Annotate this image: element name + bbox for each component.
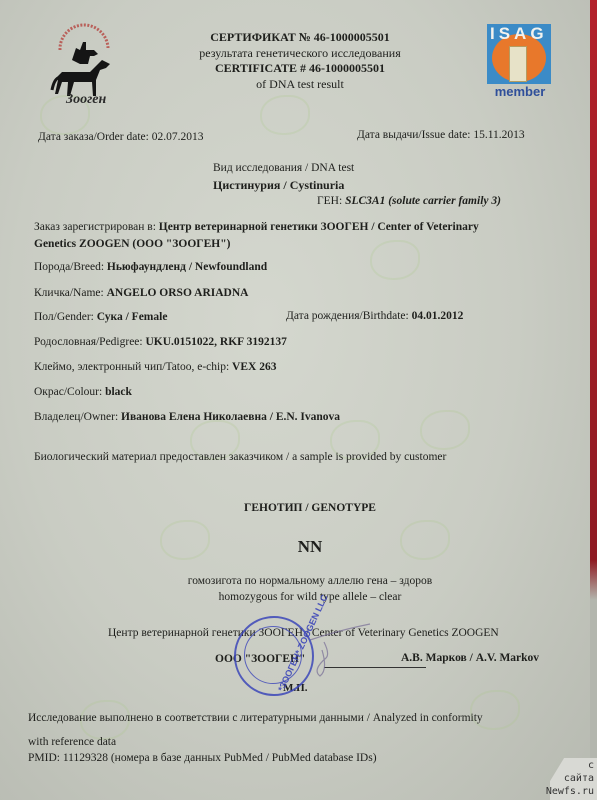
birthdate-value: 04.01.2012 [412, 310, 464, 322]
watermark-ornament [260, 95, 310, 135]
issue-date: Дата выдачи/Issue date: 15.11.2013 [357, 129, 525, 141]
dna-test-label: Вид исследования / DNA test [213, 162, 354, 174]
breed-value: Ньюфаундленд / Newfoundland [107, 261, 267, 273]
chip-value: VEX 263 [232, 361, 276, 373]
isag-logo-box: ISAG [487, 24, 551, 84]
watermark-ornament [370, 240, 420, 280]
certificate-title-en: CERTIFICATE # 46-1000005501 [170, 61, 430, 76]
chip-label: Клеймо, электронный чип/Tatoo, e-chip: [34, 361, 229, 373]
document-icon [509, 46, 527, 82]
conformity-line2: with reference data [28, 736, 116, 748]
owner-value: Иванова Елена Николаевна / E.N. Ivanova [121, 411, 340, 423]
isag-member-logo: ISAG member [487, 24, 553, 100]
logo-text: Зоoген [66, 92, 106, 108]
gene-label: ГЕН: [317, 195, 342, 207]
gender-value: Сука / Female [97, 311, 168, 323]
dna-test-name: Цистинурия / Cystinuria [213, 178, 344, 193]
birthdate-label: Дата рождения/Birthdate: [286, 310, 409, 322]
red-border-edge [590, 0, 597, 800]
conformity-line1: Исследование выполнено в соответствии с … [28, 712, 483, 724]
site-watermark-line3: Newfs.ru [546, 786, 594, 797]
colour-label: Окрас/Colour: [34, 386, 102, 398]
order-date: Дата заказа/Order date: 02.07.2013 [38, 131, 203, 143]
birthdate: Дата рождения/Birthdate: 04.01.2012 [286, 310, 463, 322]
watermark-ornament [420, 410, 470, 450]
pedigree-label: Родословная/Pedigree: [34, 336, 143, 348]
isag-letters: ISAG [490, 24, 548, 44]
watermark-ornament [470, 690, 520, 730]
colour: Окрас/Colour: black [34, 386, 132, 398]
interpretation-ru: гомозигота по нормальному аллелю гена – … [150, 575, 470, 587]
registered-at: Заказ зарегистрирован в: Центр ветеринар… [34, 221, 479, 233]
company-stamp: *ЗООГЕН* ZOOGEN LLC [234, 616, 314, 696]
pedigree-value: UKU.0151022, RKF 3192137 [146, 336, 287, 348]
order-date-label: Дата заказа/Order date: [38, 131, 149, 143]
certificate-subtitle-en: of DNA test result [170, 77, 430, 92]
registered-label: Заказ зарегистрирован в: [34, 221, 156, 233]
order-date-value: 02.07.2013 [152, 131, 204, 143]
colour-value: black [105, 386, 132, 398]
dog-name: Кличка/Name: ANGELO ORSO ARIADNA [34, 287, 248, 299]
breed-label: Порода/Breed: [34, 261, 104, 273]
site-watermark-line1: с [588, 760, 594, 771]
certificate-subtitle-ru: результата генетического исследования [170, 46, 430, 61]
breed: Порода/Breed: Ньюфаундленд / Newfoundlan… [34, 261, 267, 273]
signer-name: А.В. Марков / A.V. Markov [401, 652, 539, 664]
genotype-value: NN [150, 537, 470, 557]
sample-note: Биологический материал предоставлен зака… [34, 451, 446, 463]
name-label: Кличка/Name: [34, 287, 104, 299]
pedigree: Родословная/Pedigree: UKU.0151022, RKF 3… [34, 336, 287, 348]
certificate-title-ru: СЕРТИФИКАТ № 46-1000005501 [170, 30, 430, 45]
issue-date-value: 15.11.2013 [473, 129, 524, 141]
chip: Клеймо, электронный чип/Tatoo, e-chip: V… [34, 361, 276, 373]
registered-value-line2: Genetics ZOOGEN (ООО "ЗООГЕН") [34, 238, 230, 250]
owner-label: Владелец/Owner: [34, 411, 118, 423]
owner: Владелец/Owner: Иванова Елена Николаевна… [34, 411, 340, 423]
gene: ГЕН: SLC3A1 (solute carrier family 3) [317, 195, 501, 207]
gender: Пол/Gender: Сука / Female [34, 311, 167, 323]
isag-member-label: member [487, 84, 553, 99]
issue-date-label: Дата выдачи/Issue date: [357, 129, 470, 141]
genotype-label: ГЕНОТИП / GENOTYPE [150, 502, 470, 514]
gene-value: SLC3A1 (solute carrier family 3) [345, 195, 501, 207]
registered-value: Центр ветеринарной генетики ЗООГЕН / Cen… [159, 221, 479, 233]
interpretation-en: homozygous for wild type allele – clear [150, 591, 470, 603]
site-watermark-line2: сайта [564, 773, 594, 784]
name-value: ANGELO ORSO ARIADNA [107, 287, 249, 299]
zoogen-logo: Зоoген [50, 20, 120, 110]
gender-label: Пол/Gender: [34, 311, 94, 323]
pmid: PMID: 11129328 (номера в базе данных Pub… [28, 752, 377, 764]
